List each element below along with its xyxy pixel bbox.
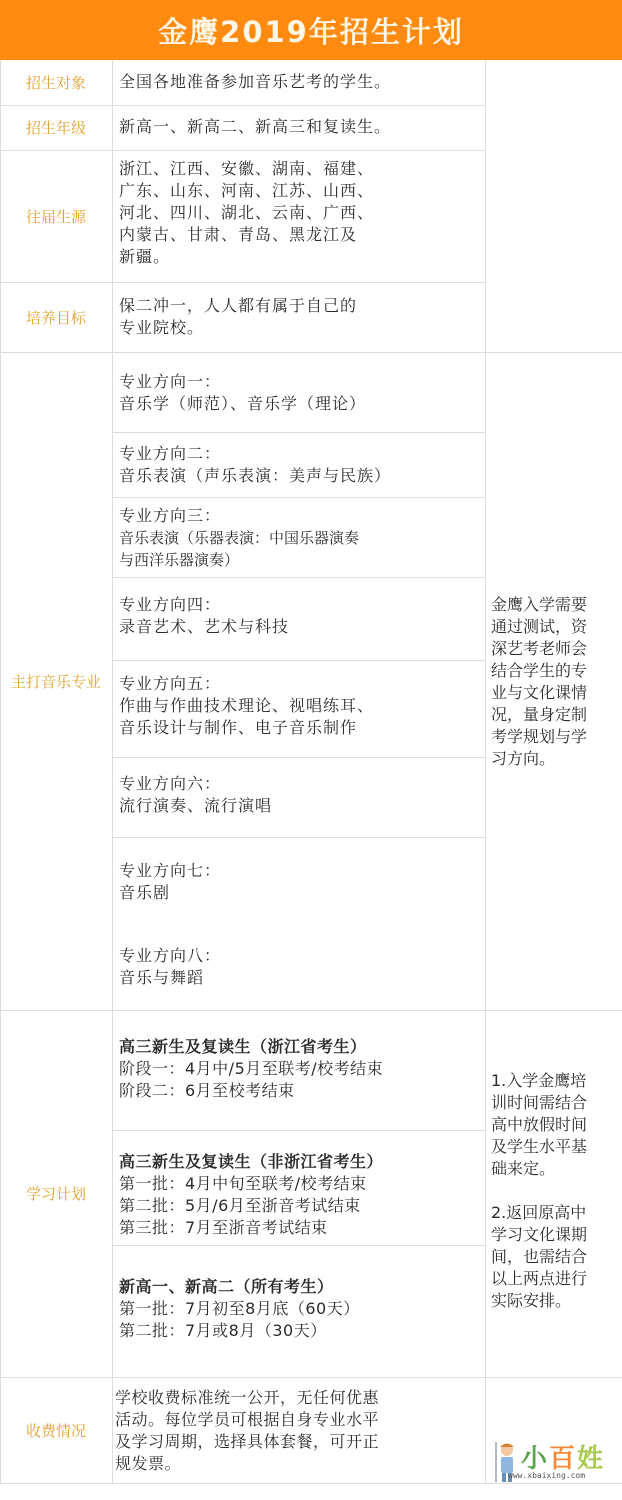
fees-text: 学校收费标准统一公开，无任何优惠 活动。每位学员可根据自身专业水平 及学习周期，… — [115, 1387, 485, 1475]
note-line: 高中放假时间 — [491, 1114, 619, 1136]
note-line: 间，也需结合 — [491, 1246, 619, 1268]
plan-group: 高三新生及复读生（非浙江省考生） 第一批：4月中旬至联考/校考结束 第二批：5月… — [119, 1151, 481, 1239]
watermark-char: 小 — [521, 1444, 549, 1474]
major-title: 专业方向六： — [119, 773, 481, 795]
fees-line: 学校收费标准统一公开，无任何优惠 — [115, 1387, 485, 1409]
col1-divider — [112, 60, 113, 1484]
major-title: 专业方向八： — [119, 945, 481, 967]
label-sources: 往届生源 — [0, 150, 112, 282]
sources-line: 内蒙古、甘肃、青岛、黑龙江及 — [119, 224, 481, 246]
target-text: 全国各地准备参加音乐艺考的学生。 — [119, 71, 481, 93]
plan-group-title: 高三新生及复读生（非浙江省考生） — [119, 1151, 481, 1173]
plan-line: 阶段二：6月至校考结束 — [119, 1080, 481, 1102]
major-item: 专业方向五： 作曲与作曲技术理论、视唱练耳、 音乐设计与制作、电子音乐制作 — [119, 673, 481, 739]
sources-line: 新疆。 — [119, 246, 481, 268]
major-desc: 音乐表演（声乐表演：美声与民族） — [119, 465, 481, 487]
sources-text: 浙江、江西、安徽、湖南、福建、 广东、山东、河南、江苏、山西、 河北、四川、湖北… — [119, 158, 481, 268]
major-item: 专业方向六： 流行演奏、流行演唱 — [119, 773, 481, 817]
note-line: 以上两点进行 — [491, 1268, 619, 1290]
sub-divider — [112, 837, 486, 838]
plan-group: 新高一、新高二（所有考生） 第一批：7月初至8月底（60天） 第二批：7月或8月… — [119, 1276, 481, 1342]
fees-line: 活动。每位学员可根据自身专业水平 — [115, 1409, 485, 1431]
major-item: 专业方向八： 音乐与舞蹈 — [119, 945, 481, 989]
sub-divider — [112, 577, 486, 578]
note-line: 2.返回原高中 — [491, 1202, 619, 1224]
note-line: 实际安排。 — [491, 1290, 619, 1312]
plan-line: 第三批：7月至浙音考试结束 — [119, 1217, 481, 1239]
major-desc: 音乐与舞蹈 — [119, 967, 481, 989]
major-title: 专业方向二： — [119, 443, 481, 465]
label-grade: 招生年级 — [0, 105, 112, 150]
plan-line: 第一批：4月中旬至联考/校考结束 — [119, 1173, 481, 1195]
note-line: 及学生水平基 — [491, 1136, 619, 1158]
fees-line: 规发票。 — [115, 1453, 485, 1475]
note-line: 习方向。 — [491, 748, 619, 770]
study-plan-note: 1.入学金鹰培 训时间需结合 高中放假时间 及学生水平基 础来定。 2.返回原高… — [491, 1070, 619, 1312]
major-desc: 音乐剧 — [119, 882, 481, 904]
page-header: 金鹰2019年招生计划 — [0, 0, 622, 60]
plan-group: 高三新生及复读生（浙江省考生） 阶段一：4月中/5月至联考/校考结束 阶段二：6… — [119, 1036, 481, 1102]
major-desc: 音乐表演（乐器表演：中国乐器演奏 — [119, 527, 481, 549]
note-line: 1.入学金鹰培 — [491, 1070, 619, 1092]
sub-divider — [112, 1130, 486, 1131]
watermark-char: 百 — [549, 1444, 577, 1474]
note-line: 考学规划与学 — [491, 726, 619, 748]
major-item: 专业方向四： 录音艺术、艺术与科技 — [119, 594, 481, 638]
major-title: 专业方向三： — [119, 505, 481, 527]
major-desc: 作曲与作曲技术理论、视唱练耳、 — [119, 695, 481, 717]
goal-text: 保二冲一，人人都有属于自己的 专业院校。 — [119, 295, 481, 339]
major-item: 专业方向三： 音乐表演（乐器表演：中国乐器演奏 与西洋乐器演奏） — [119, 505, 481, 571]
sub-divider — [112, 660, 486, 661]
major-desc: 录音艺术、艺术与科技 — [119, 616, 481, 638]
sub-divider — [112, 497, 486, 498]
note-line: 金鹰入学需要 — [491, 594, 619, 616]
sub-divider — [112, 1245, 486, 1246]
major-item: 专业方向七： 音乐剧 — [119, 860, 481, 904]
major-title: 专业方向五： — [119, 673, 481, 695]
sources-line: 广东、山东、河南、江苏、山西、 — [119, 180, 481, 202]
majors-note: 金鹰入学需要 通过测试，资 深艺考老师会 结合学生的专 业与文化课情 况，量身定… — [491, 594, 619, 770]
sources-line: 浙江、江西、安徽、湖南、福建、 — [119, 158, 481, 180]
sub-divider — [112, 432, 486, 433]
label-study-plan: 学习计划 — [0, 1010, 112, 1377]
plan-line: 第一批：7月初至8月底（60天） — [119, 1298, 481, 1320]
major-item: 专业方向一： 音乐学（师范）、音乐学（理论） — [119, 371, 481, 415]
note-line: 学习文化课期 — [491, 1224, 619, 1246]
page-title: 金鹰2019年招生计划 — [158, 10, 464, 51]
col2-divider — [485, 60, 486, 1484]
note-line: 础来定。 — [491, 1158, 619, 1180]
plan-line: 第二批：5月/6月至浙音考试结束 — [119, 1195, 481, 1217]
watermark: 小百姓 www.xbaixing.com — [493, 1438, 618, 1486]
plan-line: 第二批：7月或8月（30天） — [119, 1320, 481, 1342]
label-target: 招生对象 — [0, 60, 112, 105]
major-item: 专业方向二： 音乐表演（声乐表演：美声与民族） — [119, 443, 481, 487]
watermark-url: www.xbaixing.com — [508, 1471, 585, 1480]
label-majors: 主打音乐专业 — [0, 352, 112, 1010]
major-title: 专业方向四： — [119, 594, 481, 616]
major-desc: 音乐学（师范）、音乐学（理论） — [119, 393, 481, 415]
major-desc: 与西洋乐器演奏） — [119, 549, 481, 571]
note-line: 训时间需结合 — [491, 1092, 619, 1114]
fees-line: 及学习周期，选择具体套餐，可开正 — [115, 1431, 485, 1453]
note-line: 业与文化课情 — [491, 682, 619, 704]
plan-line: 阶段一：4月中/5月至联考/校考结束 — [119, 1058, 481, 1080]
watermark-logo: 小百姓 — [521, 1438, 605, 1475]
sources-line: 河北、四川、湖北、云南、广西、 — [119, 202, 481, 224]
plan-group-title: 新高一、新高二（所有考生） — [119, 1276, 481, 1298]
note-line: 结合学生的专 — [491, 660, 619, 682]
watermark-char: 姓 — [577, 1444, 605, 1474]
major-title: 专业方向一： — [119, 371, 481, 393]
major-desc: 流行演奏、流行演唱 — [119, 795, 481, 817]
note-line: 深艺考老师会 — [491, 638, 619, 660]
note-line: 况，量身定制 — [491, 704, 619, 726]
label-fees: 收费情况 — [0, 1377, 112, 1483]
goal-line: 保二冲一，人人都有属于自己的 — [119, 295, 481, 317]
major-desc: 音乐设计与制作、电子音乐制作 — [119, 717, 481, 739]
major-title: 专业方向七： — [119, 860, 481, 882]
plan-group-title: 高三新生及复读生（浙江省考生） — [119, 1036, 481, 1058]
note-line: 通过测试，资 — [491, 616, 619, 638]
note-spacer — [491, 1180, 619, 1202]
sub-divider — [112, 757, 486, 758]
grade-text: 新高一、新高二、新高三和复读生。 — [119, 116, 481, 138]
goal-line: 专业院校。 — [119, 317, 481, 339]
label-goal: 培养目标 — [0, 282, 112, 352]
